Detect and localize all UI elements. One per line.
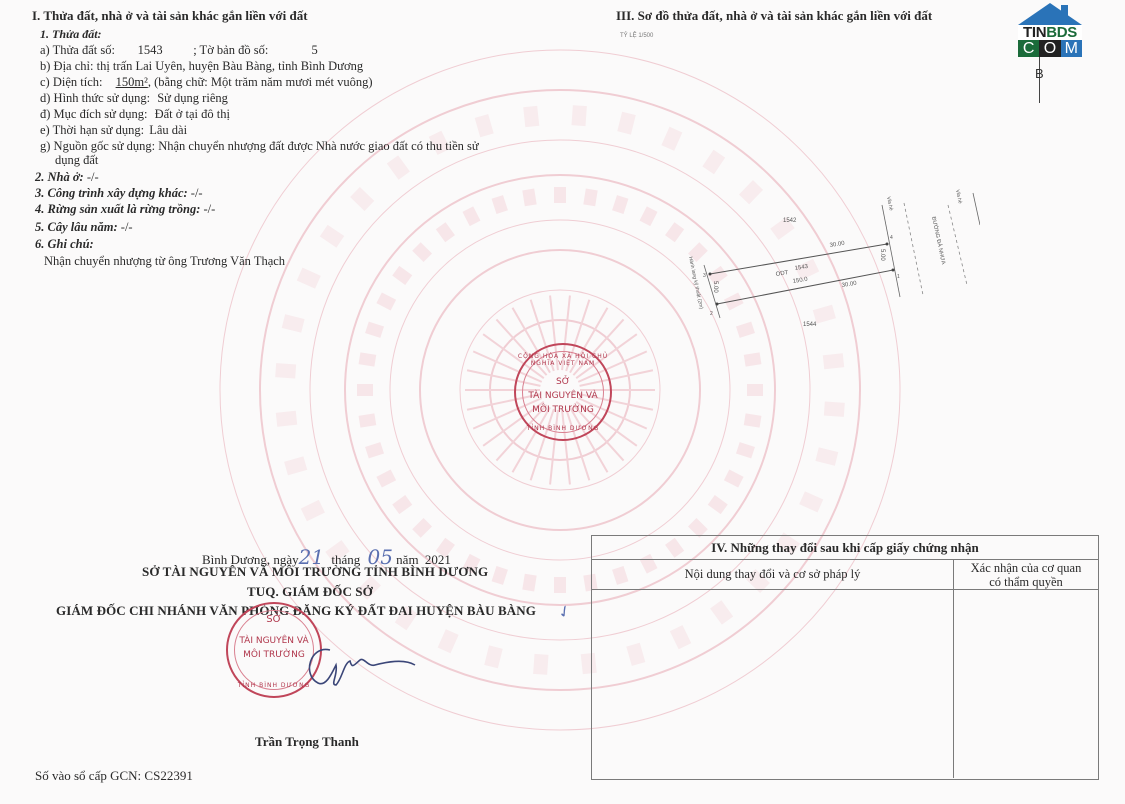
perennial-trees-label: 5. Cây lâu năm: [35,220,118,234]
usage-origin-continued: dụng đất [55,152,98,168]
point-3: 3 [703,273,706,279]
parcel-diagram: 1542 1544 ODT 1543 150.0 30.00 30.00 5.0… [680,185,980,335]
road-name: ĐƯỜNG ĐÁ NHỰA [930,216,947,265]
other-construction-line: 3. Công trình xây dựng khác: -/- [35,185,203,201]
notes-line: 6. Ghi chú: [35,236,94,252]
notes-value: Nhận chuyển nhượng từ ông Trương Văn Thạ… [44,253,285,269]
left-corridor-label: Hành lang kỹ thuật (2m) [687,256,704,310]
address-line: b) Địa chỉ: thị trấn Lai Uyên, huyện Bàu… [40,58,363,74]
changes-table-title: IV. Những thay đổi sau khi cấp giấy chứn… [592,536,1098,560]
changes-table-body [592,590,1098,778]
usage-form-line: d) Hình thức sử dụng: Sử dụng riêng [40,90,228,106]
other-construction-label: 3. Công trình xây dựng khác: [35,186,188,200]
tinbds-logo: TINBDS C O M B [1018,3,1082,57]
changes-table: IV. Những thay đổi sau khi cấp giấy chứn… [591,535,1099,780]
house-line: 2. Nhà ở: -/- [35,169,99,185]
column-header-confirmation: Xác nhận của cơ quan có thẩm quyền [954,560,1098,589]
usage-term-value: Lâu dài [149,123,187,137]
area-value: 150m² [116,75,148,89]
sidewalk-label-left: Vỉa hè [885,196,895,212]
diagram-scale: TỶ LỆ 1/500 [620,33,653,39]
seal-line1: SỞ [516,377,610,387]
area-in-words: , (bằng chữ: Một trăm năm mươi mét vuông… [148,75,373,89]
parcel-number: 1543 [794,264,809,272]
address-label: b) Địa chỉ: [40,59,93,73]
parcel-number-line: a) Thửa đất số: 1543 ; Tờ bản đồ số: 5 [40,42,318,58]
authorization-line: TUQ. GIÁM ĐỐC SỞ [247,584,373,600]
forest-line: 4. Rừng sản xuất là rừng trồng: -/- [35,201,215,217]
usage-form-value: Sử dụng riêng [157,91,228,105]
parcel-number-label: a) Thửa đất số: [40,43,115,57]
logo-o: O [1039,40,1060,57]
forest-label: 4. Rừng sản xuất là rừng trồng: [35,202,200,216]
logo-chimney [1061,5,1068,17]
logo-text-bottom: C O M [1018,40,1082,57]
logo-tin: TIN [1023,24,1046,41]
map-sheet-value: 5 [311,43,317,57]
seal-line3: MÔI TRƯỜNG [516,405,610,415]
logo-c: C [1018,40,1039,57]
subsection-parcel: 1. Thửa đất: [40,27,102,42]
area-label: c) Diện tích: [40,75,102,89]
column-header-content: Nội dung thay đổi và cơ sở pháp lý [592,560,954,589]
house-value: -/- [87,170,99,184]
signer-name: Trần Trọng Thanh [255,734,359,750]
edge-left-length: 5.00 [712,281,718,293]
changes-content-cell [592,590,954,778]
perennial-trees-value: -/- [121,220,133,234]
usage-origin-value: Nhận chuyển nhượng đất được Nhà nước gia… [158,139,478,153]
address-value: thị trấn Lai Uyên, huyện Bàu Bàng, tỉnh … [97,59,363,73]
area-line: c) Diện tích: 150m², (bằng chữ: Một trăm… [40,74,372,90]
changes-table-header: Nội dung thay đổi và cơ sở pháp lý Xác n… [592,560,1098,590]
usage-origin-line: g) Nguồn gốc sử dụng: Nhận chuyển nhượng… [40,138,479,154]
usage-purpose-value: Đất ở tại đô thị [155,107,230,121]
parcel-area: 150.0 [792,277,808,285]
seal-line2: TÀI NGUYÊN VÀ [516,391,610,401]
column-header-confirmation-line1: Xác nhận của cơ quan [954,561,1098,575]
neighbor-parcel-top: 1542 [783,218,797,224]
point-1: 1 [897,274,900,280]
usage-purpose-line: đ) Mục đích sử dụng: Đất ở tại đô thị [40,106,230,122]
perennial-trees-line: 5. Cây lâu năm: -/- [35,219,133,235]
other-construction-value: -/- [191,186,203,200]
usage-purpose-label: đ) Mục đích sử dụng: [40,107,147,121]
usage-term-label: e) Thời hạn sử dụng: [40,123,144,137]
forest-value: -/- [204,202,216,216]
logo-text-top: TINBDS [1018,25,1082,40]
logo-mark: B [1035,66,1044,81]
seal-top-text: CỘNG HÒA XÃ HỘI CHỦ NGHĨA VIỆT NAM [516,353,610,367]
map-sheet-label: ; Tờ bản đồ số: [193,43,268,57]
seal-bottom-text: TỈNH BÌNH DƯƠNG [516,425,610,432]
signature [280,635,420,695]
edge-top-length: 30.00 [829,241,845,249]
neighbor-parcel-bottom: 1544 [803,322,817,328]
usage-term-line: e) Thời hạn sử dụng: Lâu dài [40,122,187,138]
seal2-line1: SỞ [228,614,320,625]
registry-number: CS22391 [144,768,192,783]
logo-bds: BDS [1046,24,1077,41]
official-seal-center: CỘNG HÒA XÃ HỘI CHỦ NGHĨA VIỆT NAM SỞ TÀ… [514,343,612,441]
point-4: 4 [890,235,893,241]
issuing-authority: SỞ TÀI NGUYÊN VÀ MÔI TRƯỜNG TỈNH BÌNH DƯ… [142,564,488,580]
changes-confirmation-cell [954,590,1098,778]
parcel-number-value: 1543 [130,42,170,58]
edge-bottom-length: 30.00 [841,281,857,289]
usage-form-label: d) Hình thức sử dụng: [40,91,150,105]
registry-number-line: Số vào sổ cấp GCN: CS22391 [35,768,193,784]
section-title-parcel: I. Thửa đất, nhà ở và tài sản khác gắn l… [32,8,308,24]
edge-right-length: 5.00 [879,249,885,261]
section-title-diagram: III. Sơ đồ thửa đất, nhà ở và tài sản kh… [616,8,932,24]
point-2: 2 [710,311,713,317]
registry-label: Số vào sổ cấp GCN: [35,768,141,783]
parcel-code: ODT [775,270,789,278]
logo-roof-icon [1018,3,1082,25]
notes-label: 6. Ghi chú: [35,237,94,251]
house-label: 2. Nhà ở: [35,170,84,184]
sidewalk-label-right: Vỉa hè [954,189,964,205]
column-header-confirmation-line2: có thẩm quyền [954,575,1098,589]
usage-origin-label: g) Nguồn gốc sử dụng: [40,139,155,153]
logo-m: M [1061,40,1082,57]
